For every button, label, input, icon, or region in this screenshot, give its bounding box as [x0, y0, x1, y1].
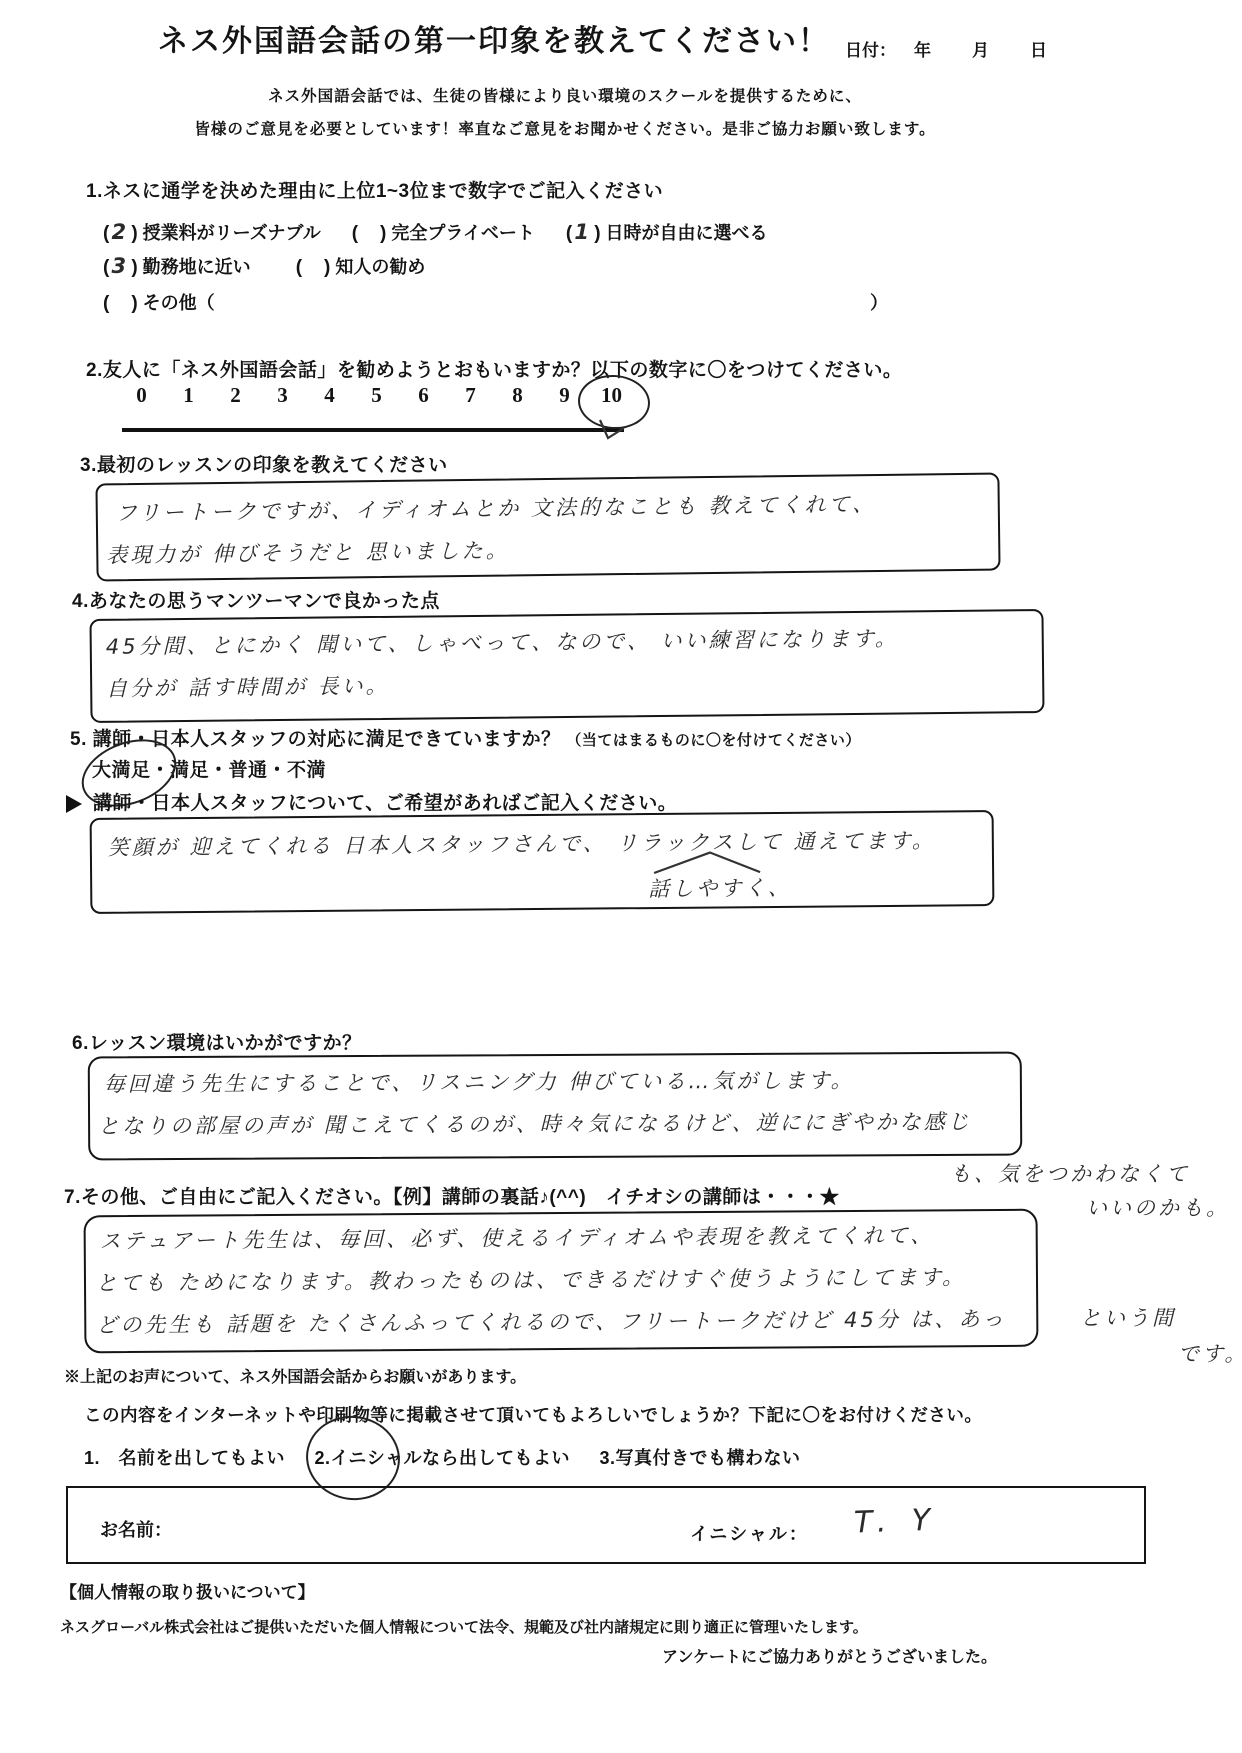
q7-answer-box: ステュアート先生は、毎回、必ず、使えるイディオムや表現を教えてくれて、 とても …	[84, 1209, 1039, 1354]
q4-answer-line-2: 自分が 話す時間が 長い。	[106, 670, 390, 703]
q7-answer-line-1: ステュアート先生は、毎回、必ず、使えるイディオムや表現を教えてくれて、	[100, 1219, 935, 1255]
intro-line-2: 皆様のご意見を必要としています！率直なご意見をお聞かせください。是非ご協力お願い…	[0, 117, 1130, 139]
handwritten-mark	[598, 418, 628, 442]
q1-row-1: (2) 授業料がリーズナブル () 完全プライベート (1) 日時が自由に選べる	[103, 219, 794, 245]
q5-answer-line-1: 笑顔が 迎えてくれる 日本人スタッフさんで、 リラックスして 通えてます。	[108, 825, 936, 862]
initial-label: イニシャル：	[690, 1520, 809, 1546]
q4-answer-line-1: 45分間、とにかく 聞いて、しゃべって、なので、 いい練習になります。	[106, 623, 899, 661]
q2-heading: 2.友人に「ネス外国語会話」を勧めようとおもいますか？以下の数字に〇をつけてくだ…	[86, 355, 902, 382]
scale-4: 4	[306, 383, 353, 408]
q1-row-2: (3) 勤務地に近い () 知人の勧め	[103, 253, 451, 279]
option-label: 勤務地に近い	[143, 257, 251, 277]
q6-answer-line-1: 毎回違う先生にすることで、リスニング力 伸びている…気がします。	[104, 1064, 855, 1098]
paren: (	[352, 223, 358, 244]
option-label: 完全プライベート	[391, 223, 534, 243]
paren: )	[131, 257, 137, 278]
page-title: ネス外国語会話の第一印象を教えてください！	[158, 16, 830, 60]
q5-answer-box: 笑顔が 迎えてくれる 日本人スタッフさんで、 リラックスして 通えてます。 話し…	[90, 810, 995, 914]
name-label: お名前：	[100, 1516, 172, 1542]
name-box: お名前： イニシャル： T. Y	[66, 1486, 1146, 1564]
option-label: 日時が自由に選べる	[606, 223, 768, 243]
scale-2: 2	[212, 383, 259, 408]
publish-option-3: 3.写真付きでも構わない	[599, 1448, 800, 1468]
paren: (	[103, 293, 109, 314]
q6-heading: 6.レッスン環境はいかがですか？	[72, 1028, 362, 1055]
q3-heading: 3.最初のレッスンの印象を教えてください	[80, 450, 448, 477]
q6-answer-overflow-2: いいのかも。	[1086, 1192, 1230, 1222]
q5-heading: 5. 講師・日本人スタッフの対応に満足できていますか？ （当てはまるものに〇を付…	[70, 724, 861, 751]
request-note: ※上記のお声について、ネス外国語会話からお願いがあります。	[64, 1364, 526, 1387]
thanks-text: アンケートにご協力ありがとうございました。	[662, 1644, 997, 1667]
scale-baseline	[122, 428, 624, 432]
paren: )	[131, 293, 137, 314]
q3-answer-box: フリートークですが、イディオムとか 文法的なことも 教えてくれて、 表現力が 伸…	[95, 472, 1000, 581]
scale-5: 5	[353, 383, 400, 408]
q5-heading-note: （当てはまるものに〇を付けてください）	[566, 732, 861, 749]
option-label: その他（	[143, 293, 215, 313]
privacy-heading: 【個人情報の取り扱いについて】	[60, 1578, 315, 1603]
scale-8: 8	[494, 383, 541, 408]
scale-7: 7	[447, 383, 494, 408]
publish-options: 1. 名前を出してもよい 2.イニシャルなら出してもよい 3.写真付きでも構わな…	[84, 1444, 801, 1470]
q7-answer-line-3: どの先生も 話題を たくさんふってくれるので、フリートークだけど 45分 は、あ…	[96, 1303, 1006, 1339]
q1-option-schedule: (1) 日時が自由に選べる	[566, 223, 768, 243]
intro-line-1: ネス外国語会話では、生徒の皆様により良い環境のスクールを提供するために、	[0, 84, 1130, 106]
date-field: 日付：年 月 日	[845, 36, 1059, 61]
initial-value-handwritten: T. Y	[853, 1503, 938, 1541]
handwritten-rank: 1	[572, 220, 594, 244]
privacy-text: ネスグローバル株式会社はご提供いただいた個人情報について法令、規範及び社内諸規定…	[60, 1616, 868, 1637]
scale-3: 3	[259, 383, 306, 408]
q7-answer-overflow-1: という間	[1080, 1302, 1176, 1332]
q1-other-close-paren: ）	[870, 289, 888, 315]
option-label: 知人の勧め	[335, 257, 425, 277]
date-blanks: 年 月 日	[914, 41, 1059, 60]
q5-subheading-text: 講師・日本人スタッフについて、ご希望があればご記入ください。	[93, 793, 677, 814]
q3-answer-line-1: フリートークですが、イディオムとか 文法的なことも 教えてくれて、	[116, 488, 877, 527]
paren: )	[594, 223, 600, 244]
q1-heading: 1.ネスに通学を決めた理由に上位1~3位まで数字でご記入ください	[86, 176, 663, 203]
q1-option-reasonable: (2) 授業料がリーズナブル	[103, 223, 321, 243]
handwritten-rank: 3	[109, 254, 131, 278]
insertion-caret-icon	[652, 848, 762, 875]
recommendation-scale: 0 1 2 3 4 5 6 7 8 9 10	[118, 383, 635, 408]
handwritten-rank: 2	[109, 220, 131, 244]
scale-0: 0	[118, 383, 165, 408]
option-label: 授業料がリーズナブル	[143, 223, 321, 243]
q1-option-private: () 完全プライベート	[352, 223, 535, 243]
q1-option-workplace: (3) 勤務地に近い	[103, 257, 251, 277]
q5-subheading: 講師・日本人スタッフについて、ご希望があればご記入ください。	[66, 788, 677, 815]
q4-answer-box: 45分間、とにかく 聞いて、しゃべって、なので、 いい練習になります。 自分が …	[89, 609, 1044, 723]
scale-6: 6	[400, 383, 447, 408]
date-label: 日付：	[845, 41, 896, 60]
q7-answer-line-2: とても ためになります。教わったものは、できるだけすぐ使うようにしてます。	[96, 1261, 966, 1297]
right-arrow-icon	[66, 795, 91, 813]
q6-answer-box: 毎回違う先生にすることで、リスニング力 伸びている…気がします。 となりの部屋の…	[88, 1052, 1023, 1161]
q1-row-3: () その他（	[103, 289, 241, 315]
paren: (	[296, 257, 302, 278]
paren: )	[380, 223, 386, 244]
publish-option-1: 1. 名前を出してもよい	[84, 1448, 285, 1468]
q1-option-other: () その他（	[103, 293, 215, 313]
paren: )	[324, 257, 330, 278]
q6-answer-overflow-1: も、気をつかわなくて	[950, 1158, 1190, 1188]
q5-answer-insert: 話しやすく、	[648, 872, 792, 903]
q1-option-referral: () 知人の勧め	[296, 257, 426, 277]
paren: )	[131, 223, 137, 244]
q4-heading: 4.あなたの思うマンツーマンで良かった点	[72, 586, 440, 613]
q3-answer-line-2: 表現力が 伸びそうだと 思いました。	[106, 534, 510, 569]
q7-heading: 7.その他、ご自由にご記入ください。【例】講師の裏話♪(^^) イチオシの講師は…	[64, 1182, 839, 1209]
q6-answer-line-2: となりの部屋の声が 聞こえてくるのが、時々気になるけど、逆ににぎやかな感じ	[98, 1106, 972, 1141]
q7-answer-overflow-2: です。	[1178, 1338, 1242, 1368]
publish-question: この内容をインターネットや印刷物等に掲載させて頂いてもよろしいでしょうか？下記に…	[84, 1402, 982, 1427]
scale-1: 1	[165, 383, 212, 408]
